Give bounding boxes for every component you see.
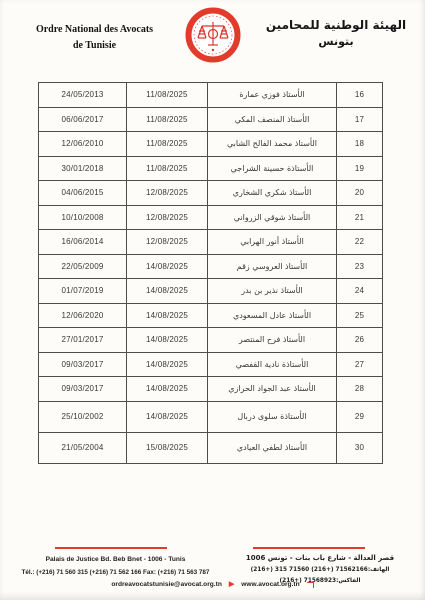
table-row: 27/01/201714/08/2025الأستاذ فرح المنتصر2… [39,328,383,353]
table-row: 12/06/202014/08/2025الأستاذ عادل المسعود… [39,303,383,328]
lawyer-name-cell: الأستاذة سلوى دربال [208,401,337,432]
lawyers-roster-table: 24/05/201311/08/2025الأستاذ فوزي عمارة16… [38,82,383,464]
table-body: 24/05/201311/08/2025الأستاذ فوزي عمارة16… [39,83,383,464]
footer-french-phone: Tél.: (+216) 71 560 315 (+216) 71 562 16… [8,567,223,579]
registration-date-cell: 04/06/2015 [39,181,127,206]
row-number-cell: 16 [337,83,383,108]
lawyer-name-cell: الأستاذ المنصف المكي [208,107,337,132]
table-row: 12/06/201011/08/2025الأستاذ محمد الفالح … [39,132,383,157]
row-number-cell: 23 [337,254,383,279]
lawyer-name-cell: الأستاذ أنور الهرابي [208,230,337,255]
footer-french-block: Palais de Justice Bd. Beb Bnet - 1006 - … [8,554,223,578]
registration-date-cell: 09/03/2017 [39,352,127,377]
decision-date-cell: 12/08/2025 [127,230,208,255]
org-title-french-line2: de Tunisie [12,38,177,54]
decision-date-cell: 14/08/2025 [127,303,208,328]
row-number-cell: 18 [337,132,383,157]
decision-date-cell: 14/08/2025 [127,254,208,279]
decision-date-cell: 15/08/2025 [127,432,208,463]
table-row: 25/10/200214/08/2025الأستاذة سلوى دربال2… [39,401,383,432]
footer-accent-rule-right [253,547,365,549]
decision-date-cell: 12/08/2025 [127,205,208,230]
lawyer-name-cell: الأستاذ شوقي الزرواني [208,205,337,230]
table-row: 06/06/201711/08/2025الأستاذ المنصف المكي… [39,107,383,132]
table-row: 21/05/200415/08/2025الأستاذ لطفي العيادي… [39,432,383,463]
row-number-cell: 19 [337,156,383,181]
footer-arabic-address: قصر العدالة - شارع باب بنات - تونس 1006 [222,552,418,565]
decision-date-cell: 14/08/2025 [127,377,208,402]
table-row: 16/06/201412/08/2025الأستاذ أنور الهرابي… [39,230,383,255]
footer-accent-rule-left [55,547,167,549]
decision-date-cell: 14/08/2025 [127,279,208,304]
decision-date-cell: 11/08/2025 [127,83,208,108]
registration-date-cell: 22/05/2009 [39,254,127,279]
decision-date-cell: 14/08/2025 [127,401,208,432]
org-title-french-line1: Ordre National des Avocats [12,22,177,38]
table-row: 04/06/201512/08/2025الأستاذ شكري الشخاري… [39,181,383,206]
registration-date-cell: 21/05/2004 [39,432,127,463]
footer-french-address: Palais de Justice Bd. Beb Bnet - 1006 - … [8,554,223,567]
row-number-cell: 26 [337,328,383,353]
decision-date-cell: 14/08/2025 [127,352,208,377]
lawyer-name-cell: الأستاذ محمد الفالح الشابي [208,132,337,157]
table-row: 24/05/201311/08/2025الأستاذ فوزي عمارة16 [39,83,383,108]
registration-date-cell: 30/01/2018 [39,156,127,181]
decision-date-cell: 12/08/2025 [127,181,208,206]
row-number-cell: 30 [337,432,383,463]
lawyer-name-cell: الأستاذة نادية القفصي [208,352,337,377]
decision-date-cell: 11/08/2025 [127,107,208,132]
lawyer-name-cell: الأستاذ عادل المسعودي [208,303,337,328]
org-title-arabic: الهيئة الوطنية للمحامين بتونس [261,16,411,51]
lawyer-name-cell: الأستاذ نذير بن بدر [208,279,337,304]
registration-date-cell: 24/05/2013 [39,83,127,108]
row-number-cell: 25 [337,303,383,328]
row-number-cell: 27 [337,352,383,377]
registration-date-cell: 09/03/2017 [39,377,127,402]
lawyer-name-cell: الأستاذ عبد الجواد الحرازي [208,377,337,402]
table-row: 10/10/200812/08/2025الأستاذ شوقي الزروان… [39,205,383,230]
registration-date-cell: 12/06/2020 [39,303,127,328]
row-number-cell: 17 [337,107,383,132]
row-number-cell: 28 [337,377,383,402]
corner-bracket-icon [307,582,314,588]
org-title-arabic-line2: بتونس [261,34,411,51]
row-number-cell: 20 [337,181,383,206]
lawyer-name-cell: الأستاذ العروسي زقم [208,254,337,279]
decision-date-cell: 11/08/2025 [127,132,208,157]
org-title-arabic-line1: الهيئة الوطنية للمحامين [261,16,411,34]
registration-date-cell: 10/10/2008 [39,205,127,230]
lawyer-name-cell: الأستاذ لطفي العيادي [208,432,337,463]
row-number-cell: 29 [337,401,383,432]
row-number-cell: 22 [337,230,383,255]
table-row: 09/03/201714/08/2025الأستاذ عبد الجواد ا… [39,377,383,402]
scales-of-justice-seal-icon [185,7,241,63]
footer-email: ordreavocatstunisie@avocat.org.tn [111,581,222,588]
registration-date-cell: 16/06/2014 [39,230,127,255]
org-title-french: Ordre National des Avocats de Tunisie [12,22,177,54]
lawyer-name-cell: الأستاذ فوزي عمارة [208,83,337,108]
lawyer-name-cell: الأستاذ فرح المنتصر [208,328,337,353]
lawyer-name-cell: الأستاذة حسينة الشراجي [208,156,337,181]
registration-date-cell: 25/10/2002 [39,401,127,432]
registration-date-cell: 06/06/2017 [39,107,127,132]
row-number-cell: 21 [337,205,383,230]
footer-website: www.avocat.org.tn [241,581,299,588]
registration-date-cell: 01/07/2019 [39,279,127,304]
table-row: 30/01/201811/08/2025الأستاذة حسينة الشرا… [39,156,383,181]
decision-date-cell: 11/08/2025 [127,156,208,181]
registration-date-cell: 27/01/2017 [39,328,127,353]
arrow-right-icon: ▶ [229,581,234,588]
registration-date-cell: 12/06/2010 [39,132,127,157]
lawyer-name-cell: الأستاذ شكري الشخاري [208,181,337,206]
footer-contact-line: ordreavocatstunisie@avocat.org.tn ▶ www.… [0,581,425,588]
decision-date-cell: 14/08/2025 [127,328,208,353]
table-row: 22/05/200914/08/2025الأستاذ العروسي زقم2… [39,254,383,279]
scanned-document-page: Ordre National des Avocats de Tunisie [0,0,425,600]
table-row: 01/07/201914/08/2025الأستاذ نذير بن بدر2… [39,279,383,304]
row-number-cell: 24 [337,279,383,304]
table-row: 09/03/201714/08/2025الأستاذة نادية القفص… [39,352,383,377]
